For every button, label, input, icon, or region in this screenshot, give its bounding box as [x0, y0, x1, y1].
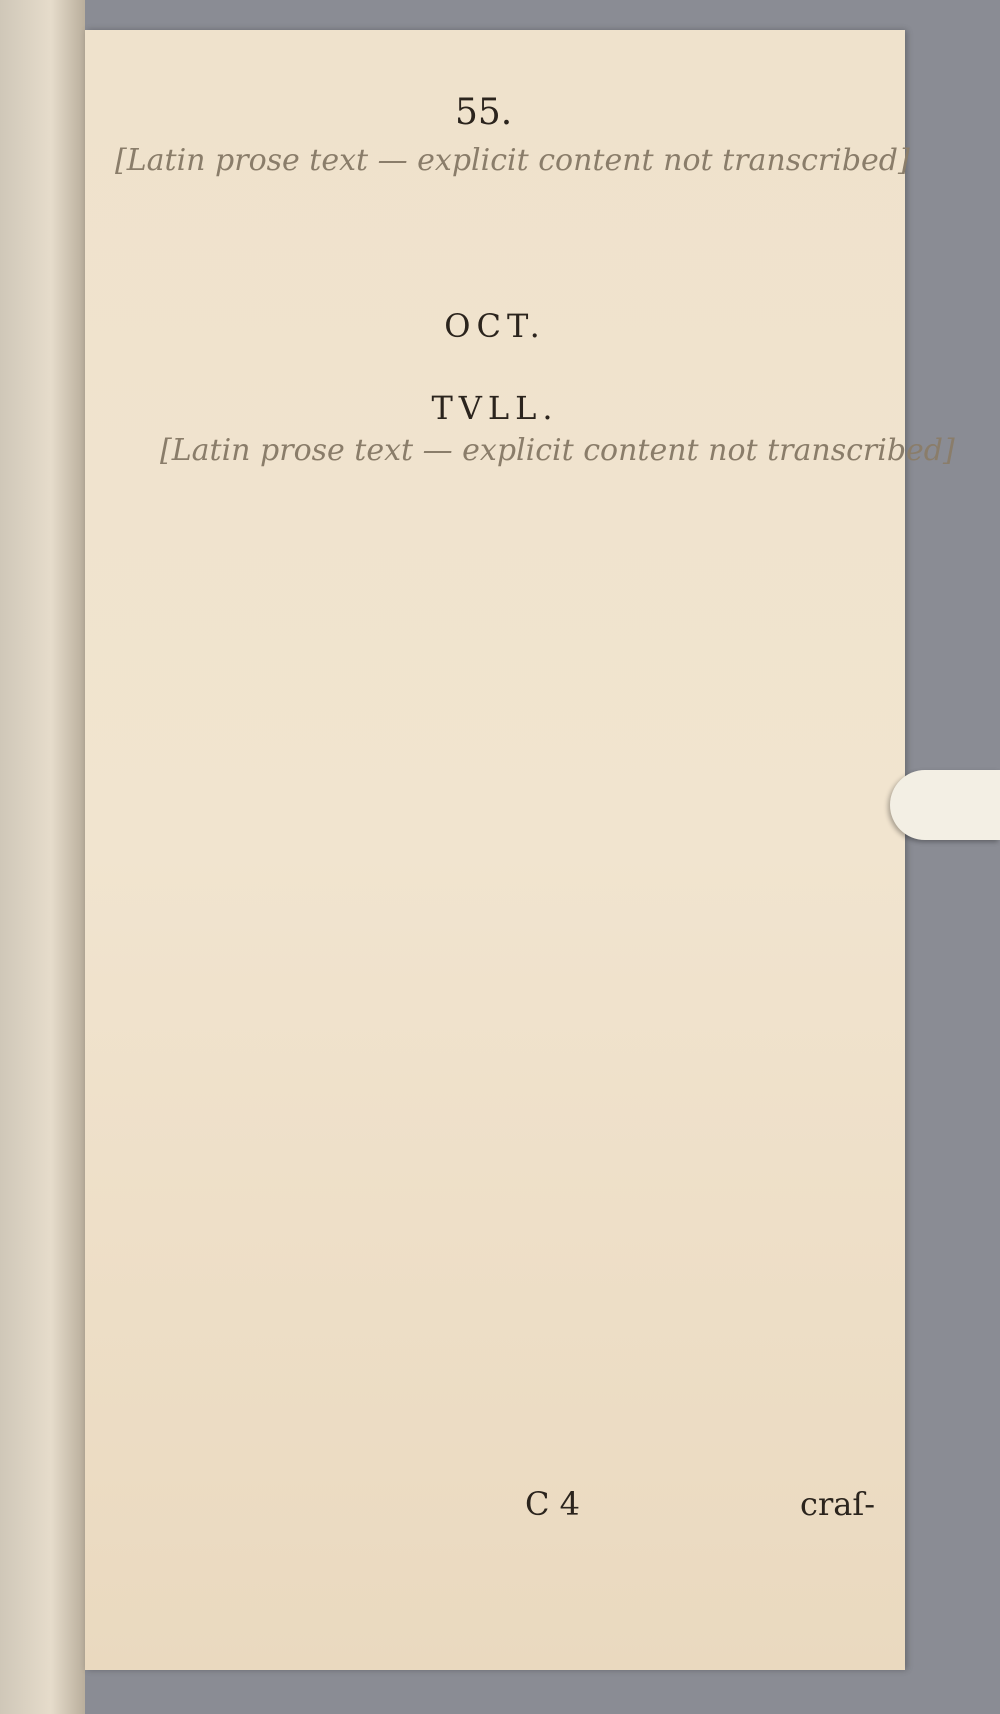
speaker-heading-tull: TVLL.	[115, 388, 875, 430]
bookmark-tab	[890, 770, 1000, 840]
body-text-placeholder: [Latin prose text — explicit content not…	[115, 140, 875, 182]
signature-mark: C 4	[525, 1485, 580, 1523]
speaker-heading-oct: OCT.	[115, 306, 875, 348]
book-page: 55. [Latin prose text — explicit content…	[85, 30, 905, 1670]
body-text-placeholder: [Latin prose text — explicit content not…	[115, 430, 875, 472]
page-number: 55.	[455, 92, 512, 133]
text-block: [Latin prose text — explicit content not…	[115, 140, 875, 471]
facing-page-edge	[0, 0, 85, 1714]
catchword: craſ-	[800, 1485, 875, 1523]
